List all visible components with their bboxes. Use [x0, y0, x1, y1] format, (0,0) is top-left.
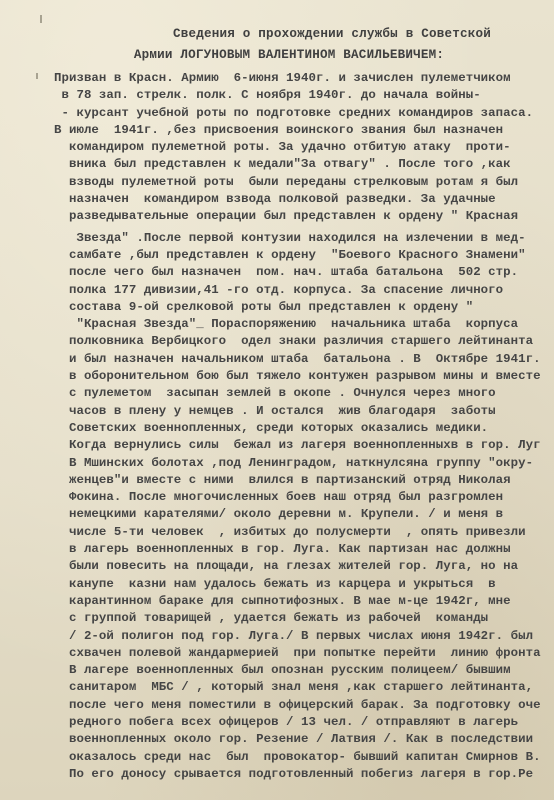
- paper-mark: [40, 15, 42, 23]
- body-line: и был назначен начальником штаба батальо…: [54, 351, 544, 368]
- body-line: военнопленных около гор. Резение / Латви…: [54, 731, 544, 748]
- body-line: оказалось среди нас был провокатор- бывш…: [54, 749, 544, 766]
- body-line: с пулеметом засыпан землей в окопе . Очн…: [54, 385, 544, 402]
- body-line: санитаром МБС / , который знал меня ,как…: [54, 679, 544, 696]
- body-line: женцев"и вместе с ними влился в партизан…: [54, 472, 544, 489]
- body-line: после чего был назначен пом. нач. штаба …: [54, 264, 544, 281]
- body-line: Призван в Красн. Армию 6-июня 1940г. и з…: [54, 70, 544, 87]
- body-line: немецкими карателями/ около деревни м. К…: [54, 506, 544, 523]
- body-line: самбате ,был представлен к ордену "Боево…: [54, 247, 544, 264]
- body-line: после чего меня поместили в офицерский б…: [54, 697, 544, 714]
- body-line: взводы пулеметной роты были переданы стр…: [54, 174, 544, 191]
- title-line-2: Армии ЛОГУНОВЫМ ВАЛЕНТИНОМ ВАСИЛЬЕВИЧЕМ:: [0, 45, 554, 66]
- body-line: в оборонительном бою был тяжело контужен…: [54, 368, 544, 385]
- body-line: / 2-ой полигон под гор. Луга./ В первых …: [54, 628, 544, 645]
- body-line: По его доносу срывается подготовленный п…: [54, 766, 544, 783]
- body-line: Фокина. После многочисленных боев наш от…: [54, 489, 544, 506]
- body-line: Когда вернулись силы бежал из лагеря вое…: [54, 437, 544, 454]
- body-line: командиром пулеметной роты. За удачно от…: [54, 139, 544, 156]
- body-line: Советских военнопленных, среди которых о…: [54, 420, 544, 437]
- paper-mark: [36, 73, 38, 79]
- body-line: В лагере военнопленных был опознан русск…: [54, 662, 544, 679]
- body-line: с группой товарищей , удается бежать из …: [54, 610, 544, 627]
- body-line: в 78 зап. стрелк. полк. С ноября 1940г. …: [54, 87, 544, 104]
- document-page: Сведения о прохождении службы в Советско…: [0, 0, 554, 800]
- body-line: числе 5-ти человек , избитых до полусмер…: [54, 524, 544, 541]
- body-line: В Мшинских болотах ,под Ленинградом, нат…: [54, 455, 544, 472]
- body-line: - курсант учебной роты по подготовке сре…: [54, 105, 544, 122]
- body-line: канупе казни нам удалось бежать из карце…: [54, 576, 544, 593]
- body-line: схвачен полевой жандармерией при попытке…: [54, 645, 544, 662]
- body-line: карантинном бараке для сыпнотифозных. В …: [54, 593, 544, 610]
- title-line-1: Сведения о прохождении службы в Советско…: [0, 24, 554, 45]
- document-body: Призван в Красн. Армию 6-июня 1940г. и з…: [54, 70, 544, 783]
- body-line: В июле 1941г. ,без присвоения воинского …: [54, 122, 544, 139]
- body-line: часов в плену у немцев . И остался жив б…: [54, 403, 544, 420]
- body-line: разведывательные операции был представле…: [54, 208, 544, 225]
- body-line: были повесить на площади, на глезах жите…: [54, 558, 544, 575]
- body-line: в лагерь военнопленных в гор. Луга. Как …: [54, 541, 544, 558]
- body-line: редного побега всех офицеров / 13 чел. /…: [54, 714, 544, 731]
- document-title: Сведения о прохождении службы в Советско…: [0, 24, 554, 66]
- body-line: Звезда" .После первой контузии находился…: [54, 230, 544, 247]
- body-line: полковника Вербицкого одел знаки различи…: [54, 333, 544, 350]
- body-line: "Красная Звезда"_ Пораспоряжению начальн…: [54, 316, 544, 333]
- body-line: полка 177 дивизии,41 -го отд. корпуса. З…: [54, 282, 544, 299]
- body-line: назначен командиром взвода полковой разв…: [54, 191, 544, 208]
- body-line: вника был представлен к медали"За отвагу…: [54, 156, 544, 173]
- body-line: состава 9-ой срелковой роты был представ…: [54, 299, 544, 316]
